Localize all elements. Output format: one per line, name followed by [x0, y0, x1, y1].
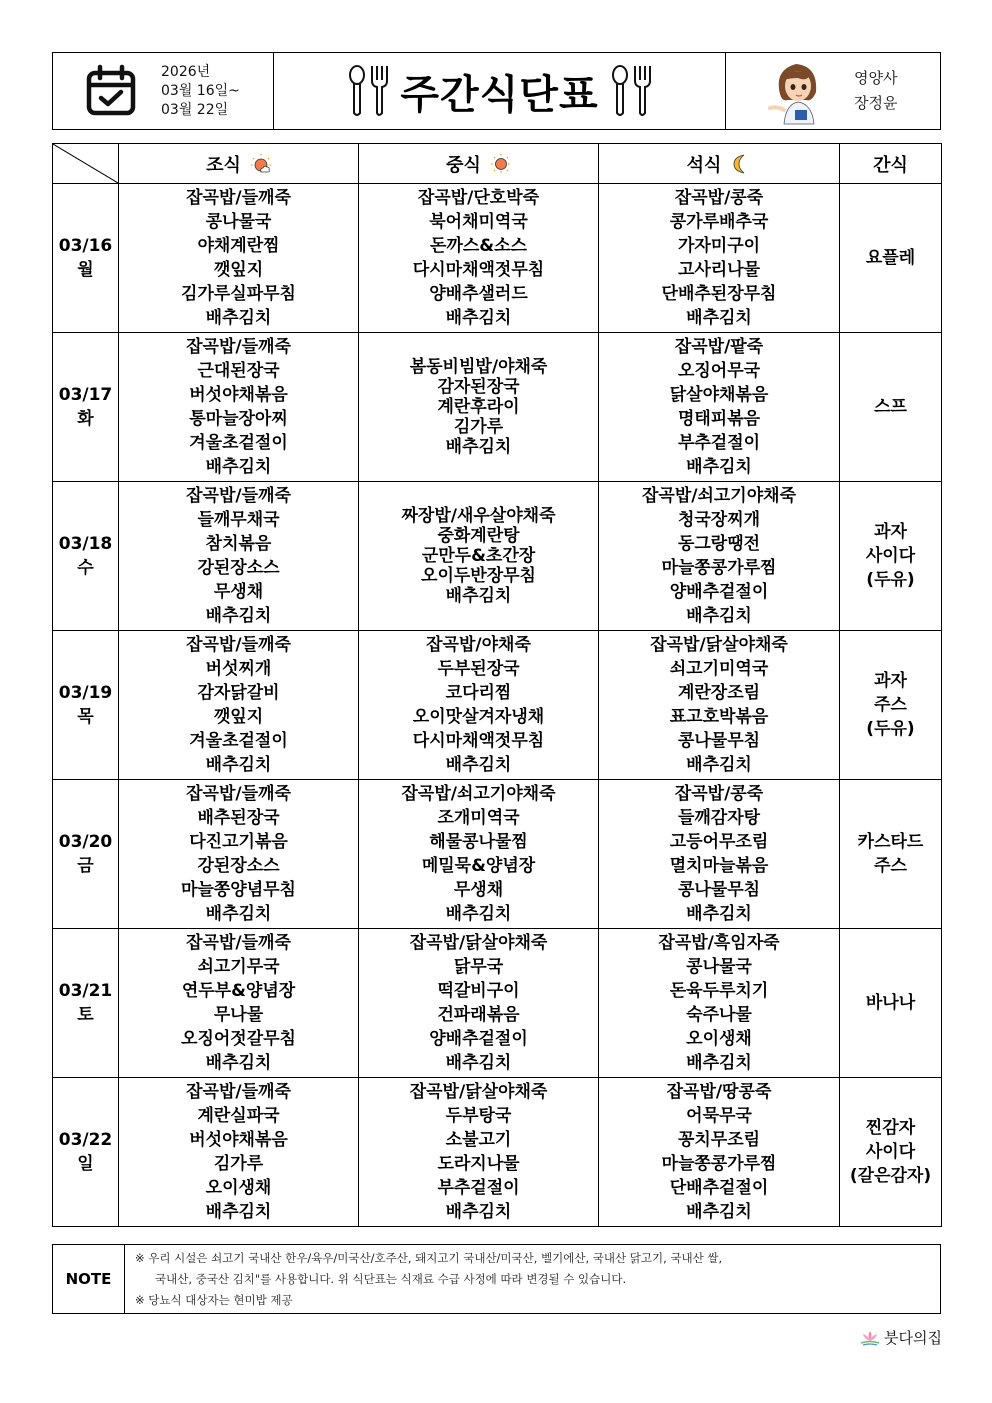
dish-item: 단배추겉절이 — [599, 1176, 839, 1200]
lunch-cell: 잡곡밥/단호박죽북어채미역국돈까스&소스다시마채액젓무침양배추샐러드배추김치 — [359, 184, 599, 333]
dish-item: 다시마채액젓무침 — [359, 258, 598, 282]
dish-item: 오징어젓갈무침 — [119, 1027, 358, 1051]
dish-item: 숙주나물 — [599, 1003, 839, 1027]
dish-item: 배추김치 — [359, 1200, 598, 1224]
note-line: 국내산, 중국산 김치"를 사용합니다. 위 식단표는 식재료 수급 사정에 따… — [135, 1269, 930, 1290]
dish-item: 계란후라이 — [359, 397, 598, 417]
dish-item: 잡곡밥/단호박죽 — [359, 186, 598, 210]
date-cell: 03/20금 — [53, 780, 119, 929]
dish-item: 잡곡밥/쇠고기야채죽 — [359, 782, 598, 806]
lunch-cell: 잡곡밥/닭살야채죽닭무국떡갈비구이건파래볶음양배추겉절이배추김치 — [359, 929, 599, 1078]
dinner-cell: 잡곡밥/팥죽오징어무국닭살야채볶음명태피볶음부추겉절이배추김치 — [599, 333, 840, 482]
dish-item: 다시마채액젓무침 — [359, 729, 598, 753]
snack-item: 주스 — [840, 693, 941, 717]
calendar-check-icon — [83, 63, 139, 119]
dish-item: 잡곡밥/야채죽 — [359, 633, 598, 657]
snack-item: 사이다 — [840, 1140, 941, 1164]
row-date: 03/19 — [53, 681, 118, 705]
dish-item: 들깨감자탕 — [599, 806, 839, 830]
date-cell: 03/16월 — [53, 184, 119, 333]
dish-item: 배추된장국 — [119, 806, 358, 830]
dish-item: 명태피볶음 — [599, 407, 839, 431]
dish-item: 감자된장국 — [359, 377, 598, 397]
dish-item: 오이두반장무침 — [359, 566, 598, 586]
dish-item: 단배추된장무침 — [599, 282, 839, 306]
dish-item: 배추김치 — [599, 1200, 839, 1224]
dinner-cell: 잡곡밥/닭살야채죽쇠고기미역국계란장조림표고호박볶음콩나물무침배추김치 — [599, 631, 840, 780]
dish-item: 돈육두루치기 — [599, 979, 839, 1003]
date-range-text: 2026년 03월 16일~ 03월 22일 — [161, 63, 240, 120]
dish-item: 잡곡밥/쇠고기야채죽 — [599, 484, 839, 508]
row-weekday: 일 — [53, 1152, 118, 1176]
date-end: 03월 22일 — [161, 101, 240, 120]
dish-item: 배추김치 — [119, 1051, 358, 1075]
dish-item: 버섯야채볶음 — [119, 1128, 358, 1152]
dish-item: 표고호박볶음 — [599, 705, 839, 729]
note-box: NOTE ※ 우리 시설은 쇠고기 국내산 한우/육우/미국산/호주산, 돼지고… — [52, 1244, 941, 1314]
dish-item: 잡곡밥/닭살야채죽 — [359, 931, 598, 955]
dish-item: 계란장조림 — [599, 681, 839, 705]
nutritionist-info: 영양사 장정윤 — [854, 66, 897, 116]
dish-item: 김가루 — [359, 417, 598, 437]
nutritionist-box: 영양사 장정윤 — [726, 53, 940, 129]
dish-item: 버섯야채볶음 — [119, 383, 358, 407]
corner-cell — [53, 144, 119, 184]
dish-item: 연두부&양념장 — [119, 979, 358, 1003]
dish-item: 오이맛살겨자냉채 — [359, 705, 598, 729]
dish-item: 메밀묵&양념장 — [359, 854, 598, 878]
table-row: 03/16월잡곡밥/들깨죽콩나물국야채계란찜깻잎지김가루실파무침배추김치잡곡밥/… — [53, 184, 942, 333]
sun-icon — [491, 154, 511, 174]
dish-item: 잡곡밥/들깨죽 — [119, 1080, 358, 1104]
dish-item: 떡갈비구이 — [359, 979, 598, 1003]
dish-item: 짜장밥/새우살야채죽 — [359, 506, 598, 526]
table-row: 03/18수잡곡밥/들깨죽들깨무채국참치볶음강된장소스무생채배추김치짜장밥/새우… — [53, 482, 942, 631]
date-cell: 03/21토 — [53, 929, 119, 1078]
snack-item: 요플레 — [840, 246, 941, 270]
dish-item: 멸치마늘볶음 — [599, 854, 839, 878]
column-label: 중식 — [446, 151, 481, 177]
dish-item: 꽁치무조림 — [599, 1128, 839, 1152]
dish-item: 김가루실파무침 — [119, 282, 358, 306]
dish-item: 콩나물무침 — [599, 878, 839, 902]
date-start: 03월 16일~ — [161, 82, 240, 101]
dish-item: 양배추샐러드 — [359, 282, 598, 306]
snack-item: (두유) — [840, 717, 941, 741]
dish-item: 콩나물국 — [119, 210, 358, 234]
dish-item: 오징어무국 — [599, 359, 839, 383]
dish-item: 군만두&초간장 — [359, 546, 598, 566]
snack-item: 카스타드 — [840, 830, 941, 854]
table-row: 03/19목잡곡밥/들깨죽버섯찌개감자닭갈비깻잎지겨울초겉절이배추김치잡곡밥/야… — [53, 631, 942, 780]
snack-cell: 과자사이다(두유) — [840, 482, 942, 631]
date-year: 2026년 — [161, 63, 240, 82]
column-label: 조식 — [206, 151, 241, 177]
menu-body: 03/16월잡곡밥/들깨죽콩나물국야채계란찜깻잎지김가루실파무침배추김치잡곡밥/… — [53, 184, 942, 1227]
dish-item: 배추김치 — [119, 455, 358, 479]
snack-cell: 찐감자사이다(갈은감자) — [840, 1078, 942, 1227]
dish-item: 들깨무채국 — [119, 508, 358, 532]
spoon-fork-icon — [609, 63, 653, 119]
dish-item: 배추김치 — [599, 455, 839, 479]
dish-item: 오이생채 — [119, 1176, 358, 1200]
lotus-icon — [860, 1329, 880, 1347]
dish-item: 해물콩나물찜 — [359, 830, 598, 854]
dish-item: 배추김치 — [599, 604, 839, 628]
breakfast-cell: 잡곡밥/들깨죽들깨무채국참치볶음강된장소스무생채배추김치 — [119, 482, 359, 631]
snack-cell: 스프 — [840, 333, 942, 482]
dish-item: 콩가루배추국 — [599, 210, 839, 234]
snack-item: (갈은감자) — [840, 1164, 941, 1188]
dish-item: 겨울초겉절이 — [119, 431, 358, 455]
row-date: 03/17 — [53, 383, 118, 407]
snack-item: (두유) — [840, 568, 941, 592]
dish-item: 잡곡밥/닭살야채죽 — [359, 1080, 598, 1104]
dish-item: 배추김치 — [119, 902, 358, 926]
snack-item: 찐감자 — [840, 1116, 941, 1140]
column-label: 간식 — [873, 155, 908, 176]
row-date: 03/20 — [53, 830, 118, 854]
dish-item: 어묵무국 — [599, 1104, 839, 1128]
row-weekday: 목 — [53, 705, 118, 729]
dish-item: 배추김치 — [359, 902, 598, 926]
dish-item: 잡곡밥/닭살야채죽 — [599, 633, 839, 657]
note-text: ※ 우리 시설은 쇠고기 국내산 한우/육우/미국산/호주산, 돼지고기 국내산… — [125, 1245, 940, 1313]
table-row: 03/22일잡곡밥/들깨죽계란실파국버섯야채볶음김가루오이생채배추김치잡곡밥/닭… — [53, 1078, 942, 1227]
lunch-cell: 짜장밥/새우살야채죽중화계란탕군만두&초간장오이두반장무침배추김치 — [359, 482, 599, 631]
moon-icon — [731, 154, 751, 174]
dish-item: 감자닭갈비 — [119, 681, 358, 705]
lunch-cell: 잡곡밥/닭살야채죽두부탕국소불고기도라지나물부추겉절이배추김치 — [359, 1078, 599, 1227]
dish-item: 닭무국 — [359, 955, 598, 979]
snack-item: 과자 — [840, 669, 941, 693]
dish-item: 통마늘장아찌 — [119, 407, 358, 431]
dish-item: 야채계란찜 — [119, 234, 358, 258]
dish-item: 양배추겉절이 — [359, 1027, 598, 1051]
dish-item: 도라지나물 — [359, 1152, 598, 1176]
lunch-cell: 봄동비빔밥/야채죽감자된장국계란후라이김가루배추김치 — [359, 333, 599, 482]
row-weekday: 월 — [53, 258, 118, 282]
dish-item: 배추김치 — [599, 902, 839, 926]
org-logo: 붓다의집 — [860, 1327, 942, 1348]
row-date: 03/16 — [53, 234, 118, 258]
date-cell: 03/18수 — [53, 482, 119, 631]
dish-item: 배추김치 — [359, 306, 598, 330]
row-weekday: 수 — [53, 556, 118, 580]
breakfast-cell: 잡곡밥/들깨죽쇠고기무국연두부&양념장무나물오징어젓갈무침배추김치 — [119, 929, 359, 1078]
dish-item: 양배추겉절이 — [599, 580, 839, 604]
dish-item: 배추김치 — [119, 753, 358, 777]
date-cell: 03/22일 — [53, 1078, 119, 1227]
dish-item: 배추김치 — [119, 604, 358, 628]
dish-item: 돈까스&소스 — [359, 234, 598, 258]
dish-item: 가자미구이 — [599, 234, 839, 258]
column-header-breakfast: 조식 — [119, 144, 359, 184]
date-cell: 03/17화 — [53, 333, 119, 482]
dinner-cell: 잡곡밥/쇠고기야채죽청국장찌개동그랑땡전마늘쫑콩가루찜양배추겉절이배추김치 — [599, 482, 840, 631]
dish-item: 배추김치 — [119, 306, 358, 330]
dish-item: 잡곡밥/땅콩죽 — [599, 1080, 839, 1104]
dish-item: 겨울초겉절이 — [119, 729, 358, 753]
dish-item: 부추겉절이 — [599, 431, 839, 455]
dish-item: 잡곡밥/들깨죽 — [119, 335, 358, 359]
staff-name: 장정윤 — [854, 91, 897, 116]
dish-item: 계란실파국 — [119, 1104, 358, 1128]
note-line: ※ 당뇨식 대상자는 현미밥 제공 — [135, 1290, 930, 1311]
dish-item: 잡곡밥/들깨죽 — [119, 484, 358, 508]
dish-item: 고사리나물 — [599, 258, 839, 282]
dish-item: 김가루 — [119, 1152, 358, 1176]
dish-item: 소불고기 — [359, 1128, 598, 1152]
dish-item: 중화계란탕 — [359, 526, 598, 546]
dish-item: 닭살야채볶음 — [599, 383, 839, 407]
dish-item: 마늘쫑양념무침 — [119, 878, 358, 902]
row-weekday: 화 — [53, 407, 118, 431]
dish-item: 마늘쫑콩가루찜 — [599, 1152, 839, 1176]
column-header-snack: 간식 — [840, 144, 942, 184]
dish-item: 마늘쫑콩가루찜 — [599, 556, 839, 580]
dish-item: 잡곡밥/들깨죽 — [119, 186, 358, 210]
table-row: 03/17화잡곡밥/들깨죽근대된장국버섯야채볶음통마늘장아찌겨울초겉절이배추김치… — [53, 333, 942, 482]
date-range-box: 2026년 03월 16일~ 03월 22일 — [53, 53, 274, 129]
dish-item: 배추김치 — [599, 1051, 839, 1075]
dish-item: 배추김치 — [359, 753, 598, 777]
diagonal-divider — [53, 144, 118, 183]
dinner-cell: 잡곡밥/콩죽콩가루배추국가자미구이고사리나물단배추된장무침배추김치 — [599, 184, 840, 333]
table-row: 03/21토잡곡밥/들깨죽쇠고기무국연두부&양념장무나물오징어젓갈무침배추김치잡… — [53, 929, 942, 1078]
lunch-cell: 잡곡밥/쇠고기야채죽조개미역국해물콩나물찜메밀묵&양념장무생채배추김치 — [359, 780, 599, 929]
table-row: 03/20금잡곡밥/들깨죽배추된장국다진고기볶음강된장소스마늘쫑양념무침배추김치… — [53, 780, 942, 929]
row-weekday: 금 — [53, 854, 118, 878]
dish-item: 잡곡밥/들깨죽 — [119, 782, 358, 806]
dish-item: 잡곡밥/흑임자죽 — [599, 931, 839, 955]
column-label: 석식 — [687, 151, 722, 177]
breakfast-cell: 잡곡밥/들깨죽콩나물국야채계란찜깻잎지김가루실파무침배추김치 — [119, 184, 359, 333]
row-date: 03/18 — [53, 532, 118, 556]
dish-item: 부추겉절이 — [359, 1176, 598, 1200]
breakfast-cell: 잡곡밥/들깨죽계란실파국버섯야채볶음김가루오이생채배추김치 — [119, 1078, 359, 1227]
dish-item: 건파래볶음 — [359, 1003, 598, 1027]
breakfast-cell: 잡곡밥/들깨죽배추된장국다진고기볶음강된장소스마늘쫑양념무침배추김치 — [119, 780, 359, 929]
snack-item: 과자 — [840, 520, 941, 544]
dish-item: 청국장찌개 — [599, 508, 839, 532]
dish-item: 오이생채 — [599, 1027, 839, 1051]
snack-cell: 카스타드주스 — [840, 780, 942, 929]
dish-item: 콩나물무침 — [599, 729, 839, 753]
breakfast-cell: 잡곡밥/들깨죽버섯찌개감자닭갈비깻잎지겨울초겉절이배추김치 — [119, 631, 359, 780]
dish-item: 북어채미역국 — [359, 210, 598, 234]
dish-item: 참치볶음 — [119, 532, 358, 556]
dish-item: 무생채 — [359, 878, 598, 902]
row-date: 03/21 — [53, 979, 118, 1003]
note-line: ※ 우리 시설은 쇠고기 국내산 한우/육우/미국산/호주산, 돼지고기 국내산… — [135, 1248, 930, 1269]
dish-item: 강된장소스 — [119, 854, 358, 878]
dish-item: 두부된장국 — [359, 657, 598, 681]
dish-item: 버섯찌개 — [119, 657, 358, 681]
column-header-lunch: 중식 — [359, 144, 599, 184]
dish-item: 배추김치 — [599, 753, 839, 777]
dish-item: 배추김치 — [599, 306, 839, 330]
date-cell: 03/19목 — [53, 631, 119, 780]
dish-item: 배추김치 — [359, 586, 598, 606]
dish-item: 동그랑땡전 — [599, 532, 839, 556]
dish-item: 잡곡밥/팥죽 — [599, 335, 839, 359]
row-weekday: 토 — [53, 1003, 118, 1027]
dish-item: 잡곡밥/콩죽 — [599, 782, 839, 806]
dish-item: 무나물 — [119, 1003, 358, 1027]
org-name: 붓다의집 — [884, 1327, 942, 1348]
dish-item: 조개미역국 — [359, 806, 598, 830]
dish-item: 잡곡밥/콩죽 — [599, 186, 839, 210]
dish-item: 봄동비빔밥/야채죽 — [359, 357, 598, 377]
dish-item: 배추김치 — [119, 1200, 358, 1224]
dish-item: 쇠고기무국 — [119, 955, 358, 979]
dish-item: 잡곡밥/들깨죽 — [119, 931, 358, 955]
dish-item: 강된장소스 — [119, 556, 358, 580]
sun-cloud-icon — [251, 154, 271, 174]
snack-item: 주스 — [840, 854, 941, 878]
title-box: 주간식단표 — [274, 53, 726, 129]
dinner-cell: 잡곡밥/땅콩죽어묵무국꽁치무조림마늘쫑콩가루찜단배추겉절이배추김치 — [599, 1078, 840, 1227]
weekly-menu-table: 조식 중식 — [52, 143, 942, 1227]
dinner-cell: 잡곡밥/콩죽들깨감자탕고등어무조림멸치마늘볶음콩나물무침배추김치 — [599, 780, 840, 929]
page-title: 주간식단표 — [400, 63, 598, 120]
breakfast-cell: 잡곡밥/들깨죽근대된장국버섯야채볶음통마늘장아찌겨울초겉절이배추김치 — [119, 333, 359, 482]
dinner-cell: 잡곡밥/흑임자죽콩나물국돈육두루치기숙주나물오이생채배추김치 — [599, 929, 840, 1078]
dish-item: 무생채 — [119, 580, 358, 604]
dish-item: 다진고기볶음 — [119, 830, 358, 854]
note-label: NOTE — [53, 1245, 125, 1313]
dish-item: 쇠고기미역국 — [599, 657, 839, 681]
snack-cell: 요플레 — [840, 184, 942, 333]
snack-item: 사이다 — [840, 544, 941, 568]
spoon-fork-icon — [346, 63, 390, 119]
chef-avatar — [762, 56, 832, 126]
snack-cell: 과자주스(두유) — [840, 631, 942, 780]
column-header-dinner: 석식 — [599, 144, 840, 184]
dish-item: 고등어무조림 — [599, 830, 839, 854]
dish-item: 깻잎지 — [119, 258, 358, 282]
lunch-cell: 잡곡밥/야채죽두부된장국코다리찜오이맛살겨자냉채다시마채액젓무침배추김치 — [359, 631, 599, 780]
snack-cell: 바나나 — [840, 929, 942, 1078]
dish-item: 코다리찜 — [359, 681, 598, 705]
dish-item: 콩나물국 — [599, 955, 839, 979]
staff-role: 영양사 — [854, 66, 897, 91]
menu-header: 2026년 03월 16일~ 03월 22일 주간식단표 — [52, 52, 941, 130]
dish-item: 배추김치 — [359, 437, 598, 457]
row-date: 03/22 — [53, 1128, 118, 1152]
dish-item: 잡곡밥/들깨죽 — [119, 633, 358, 657]
snack-item: 스프 — [840, 395, 941, 419]
snack-item: 바나나 — [840, 991, 941, 1015]
dish-item: 배추김치 — [359, 1051, 598, 1075]
dish-item: 깻잎지 — [119, 705, 358, 729]
dish-item: 근대된장국 — [119, 359, 358, 383]
table-header-row: 조식 중식 — [53, 144, 942, 184]
dish-item: 두부탕국 — [359, 1104, 598, 1128]
